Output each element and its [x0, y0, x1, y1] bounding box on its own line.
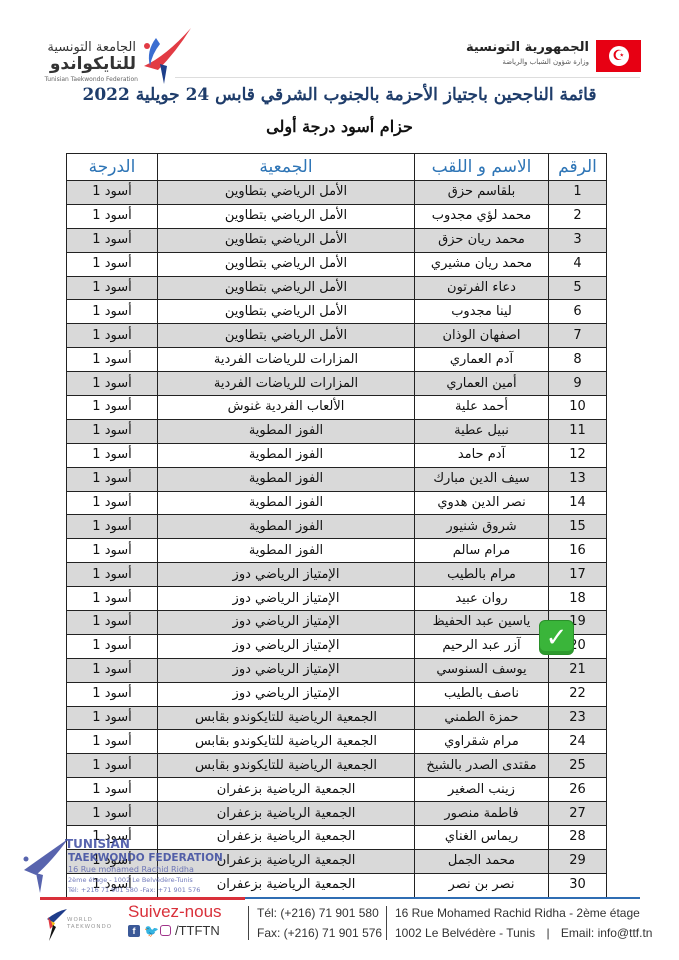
footer-address-line1: 16 Rue Mohamed Rachid Ridha - 2ème étage — [395, 903, 652, 923]
cell-name: روان عبيد — [415, 587, 549, 611]
column-header-club: الجمعية — [158, 154, 415, 181]
federation-name-arabic-line1: الجامعة التونسية — [47, 40, 136, 55]
table-row: 18روان عبيدالإمتياز الرياضي دوزأسود 1 — [67, 587, 607, 611]
cell-number: 11 — [549, 419, 607, 443]
federation-logo: الجامعة التونسية للتايكواندو Tunisian Ta… — [36, 24, 196, 84]
cell-club: الأمل الرياضي بتطاوين — [158, 324, 415, 348]
footer-fax: Fax: (+216) 71 901 576 — [257, 923, 382, 943]
footer-rule-blue — [245, 897, 640, 899]
cell-grade: أسود 1 — [67, 181, 158, 205]
table-row: 14نصر الدين هدويالفوز المطويةأسود 1 — [67, 491, 607, 515]
table-row: 22ناصف بالطيبالإمتياز الرياضي دوزأسود 1 — [67, 682, 607, 706]
cell-name: بلقاسم حزق — [415, 181, 549, 205]
cell-name: محمد الجمل — [415, 849, 549, 873]
table-row: 26زينب الصغيرالجمعية الرياضية بزعفرانأسو… — [67, 778, 607, 802]
cell-club: الجمعية الرياضية للتايكوندو بقابس — [158, 706, 415, 730]
footer-phone-block: Tél: (+216) 71 901 580 Fax: (+216) 71 90… — [257, 903, 382, 943]
cell-grade: أسود 1 — [67, 778, 158, 802]
world-taekwondo-icon — [45, 907, 67, 941]
table-row: 25مقتدى الصدر بالشيخالجمعية الرياضية للت… — [67, 754, 607, 778]
cell-number: 16 — [549, 539, 607, 563]
cell-grade: أسود 1 — [67, 228, 158, 252]
cell-number: 4 — [549, 252, 607, 276]
table-row: 3محمد ريان حزقالأمل الرياضي بتطاوينأسود … — [67, 228, 607, 252]
column-header-grade: الدرجة — [67, 154, 158, 181]
cell-number: 10 — [549, 396, 607, 420]
table-row: 27فاطمة منصورالجمعية الرياضية بزعفرانأسو… — [67, 802, 607, 826]
table-row: 23حمزة الطمنيالجمعية الرياضية للتايكوندو… — [67, 706, 607, 730]
cell-number: 3 — [549, 228, 607, 252]
column-header-number: الرقم — [549, 154, 607, 181]
table-row: 16مرام سالمالفوز المطويةأسود 1 — [67, 539, 607, 563]
cell-name: آدم العماري — [415, 348, 549, 372]
cell-number: 14 — [549, 491, 607, 515]
stamp-line3: 16 Rue mohamed Rachid Ridha — [68, 865, 194, 874]
cell-name: مرام سالم — [415, 539, 549, 563]
page-subtitle: حزام أسود درجة أولى — [0, 117, 679, 136]
footer-address-block: 16 Rue Mohamed Rachid Ridha - 2ème étage… — [395, 903, 652, 943]
cell-number: 23 — [549, 706, 607, 730]
federation-stamp: TUNISIAN TAEKWONDO FEDERATION 16 Rue moh… — [20, 835, 210, 897]
cell-club: الجمعية الرياضية للتايكوندو بقابس — [158, 730, 415, 754]
stamp-line2: TAEKWONDO FEDERATION — [68, 852, 223, 864]
table-row: 21يوسف السنوسيالإمتياز الرياضي دوزأسود 1 — [67, 658, 607, 682]
cell-club: المزارات للرياضات الفردية — [158, 372, 415, 396]
cell-name: نبيل عطية — [415, 419, 549, 443]
cell-name: لينا مجدوب — [415, 300, 549, 324]
cell-grade: أسود 1 — [67, 396, 158, 420]
stamp-line5: Tél: +216 71 901 580 -Fax: +71 901 576 — [68, 886, 200, 894]
page-title: قائمة الناجحين باجتياز الأحزمة بالجنوب ا… — [0, 85, 679, 105]
cell-name: فاطمة منصور — [415, 802, 549, 826]
cell-grade: أسود 1 — [67, 634, 158, 658]
cell-name: ياسين عبد الحفيظ — [415, 611, 549, 635]
cell-number: 6 — [549, 300, 607, 324]
cell-grade: أسود 1 — [67, 658, 158, 682]
cell-club: الجمعية الرياضية للتايكوندو بقابس — [158, 754, 415, 778]
cell-name: دعاء الفرتون — [415, 276, 549, 300]
footer-divider — [386, 906, 387, 940]
cell-name: محمد لؤي مجدوب — [415, 204, 549, 228]
instagram-icon[interactable] — [160, 925, 171, 936]
table-row: 1بلقاسم حزقالأمل الرياضي بتطاوينأسود 1 — [67, 181, 607, 205]
cell-name: آزر عبد الرحيم — [415, 634, 549, 658]
taekwondo-kick-icon — [136, 26, 196, 84]
cell-number: 27 — [549, 802, 607, 826]
table-row: 6لينا مجدوبالأمل الرياضي بتطاوينأسود 1 — [67, 300, 607, 324]
cell-club: الإمتياز الرياضي دوز — [158, 611, 415, 635]
cell-grade: أسود 1 — [67, 706, 158, 730]
cell-club: الفوز المطوية — [158, 419, 415, 443]
social-handle[interactable]: /TTFTN — [175, 923, 220, 938]
ministry-name: وزارة شؤون الشباب والرياضة — [502, 58, 589, 66]
cell-name: محمد ريان حزق — [415, 228, 549, 252]
stamp-kick-icon — [20, 835, 70, 895]
cell-grade: أسود 1 — [67, 300, 158, 324]
cell-club: الأمل الرياضي بتطاوين — [158, 228, 415, 252]
cell-name: مرام بالطيب — [415, 563, 549, 587]
cell-club: الفوز المطوية — [158, 539, 415, 563]
federation-name-english: Tunisian Taekwondo Federation — [45, 76, 138, 83]
cell-club: المزارات للرياضات الفردية — [158, 348, 415, 372]
cell-number: 18 — [549, 587, 607, 611]
cell-club: الألعاب الفردية غنوش — [158, 396, 415, 420]
cell-club: الأمل الرياضي بتطاوين — [158, 252, 415, 276]
cell-club: الأمل الرياضي بتطاوين — [158, 204, 415, 228]
table-row: 9أمين العماريالمزارات للرياضات الفرديةأس… — [67, 372, 607, 396]
cell-name: حمزة الطمني — [415, 706, 549, 730]
cell-number: 9 — [549, 372, 607, 396]
cell-name: محمد ريان مشيري — [415, 252, 549, 276]
cell-name: ناصف بالطيب — [415, 682, 549, 706]
cell-grade: أسود 1 — [67, 802, 158, 826]
header-divider — [175, 77, 640, 78]
cell-club: الجمعية الرياضية بزعفران — [158, 802, 415, 826]
cell-number: 17 — [549, 563, 607, 587]
cell-grade: أسود 1 — [67, 443, 158, 467]
results-table: الرقم الاسم و اللقب الجمعية الدرجة 1بلقا… — [66, 153, 607, 898]
cell-name: سيف الدين مبارك — [415, 467, 549, 491]
footer-address-line2-row: 1002 Le Belvédère - Tunis | Email: info@… — [395, 923, 652, 943]
world-taekwondo-text: WORLD TAEKWONDO — [67, 917, 125, 931]
stamp-line4: 2ème étage - 1002 Le Belvédère-Tunis — [68, 876, 193, 884]
cell-club: الإمتياز الرياضي دوز — [158, 634, 415, 658]
cell-club: الفوز المطوية — [158, 467, 415, 491]
footer-inline-divider: | — [546, 926, 549, 940]
cell-club: الإمتياز الرياضي دوز — [158, 658, 415, 682]
tunisia-flag-icon: ☪ — [596, 40, 641, 72]
cell-number: 21 — [549, 658, 607, 682]
facebook-icon[interactable]: f — [128, 925, 140, 937]
cell-name: شروق شنيور — [415, 515, 549, 539]
table-row: 15شروق شنيورالفوز المطويةأسود 1 — [67, 515, 607, 539]
table-row: 2محمد لؤي مجدوبالأمل الرياضي بتطاوينأسود… — [67, 204, 607, 228]
twitter-icon[interactable]: 🐦 — [144, 925, 156, 937]
cell-grade: أسود 1 — [67, 587, 158, 611]
cell-grade: أسود 1 — [67, 563, 158, 587]
table-row: 17مرام بالطيبالإمتياز الرياضي دوزأسود 1 — [67, 563, 607, 587]
cell-name: نصر الدين هدوي — [415, 491, 549, 515]
cell-number: 28 — [549, 826, 607, 850]
cell-club: الفوز المطوية — [158, 515, 415, 539]
cell-name: يوسف السنوسي — [415, 658, 549, 682]
cell-number: 13 — [549, 467, 607, 491]
cell-number: 12 — [549, 443, 607, 467]
cell-club: الجمعية الرياضية بزعفران — [158, 778, 415, 802]
social-links: f 🐦 /TTFTN — [128, 923, 220, 938]
cell-name: أحمد علية — [415, 396, 549, 420]
column-header-name: الاسم و اللقب — [415, 154, 549, 181]
cell-club: الإمتياز الرياضي دوز — [158, 563, 415, 587]
cell-grade: أسود 1 — [67, 324, 158, 348]
cell-grade: أسود 1 — [67, 372, 158, 396]
table-row: 8آدم العماريالمزارات للرياضات الفرديةأسو… — [67, 348, 607, 372]
cell-grade: أسود 1 — [67, 539, 158, 563]
cell-grade: أسود 1 — [67, 467, 158, 491]
world-taekwondo-logo: WORLD TAEKWONDO — [45, 905, 125, 945]
cell-number: 2 — [549, 204, 607, 228]
cell-name: اصفهان الوذان — [415, 324, 549, 348]
cell-number: 15 — [549, 515, 607, 539]
table-row: 5دعاء الفرتونالأمل الرياضي بتطاوينأسود 1 — [67, 276, 607, 300]
cell-grade: أسود 1 — [67, 419, 158, 443]
cell-grade: أسود 1 — [67, 276, 158, 300]
footer-address-line2: 1002 Le Belvédère - Tunis — [395, 926, 535, 940]
cell-club: الأمل الرياضي بتطاوين — [158, 276, 415, 300]
cell-number: 25 — [549, 754, 607, 778]
cell-number: 1 — [549, 181, 607, 205]
cell-grade: أسود 1 — [67, 754, 158, 778]
cell-name: مرام شقراوي — [415, 730, 549, 754]
footer-email[interactable]: Email: info@ttf.tn — [561, 926, 653, 940]
cell-club: الأمل الرياضي بتطاوين — [158, 181, 415, 205]
table-row: 10أحمد عليةالألعاب الفردية غنوشأسود 1 — [67, 396, 607, 420]
cell-club: الإمتياز الرياضي دوز — [158, 587, 415, 611]
cell-grade: أسود 1 — [67, 515, 158, 539]
follow-us-label: Suivez-nous — [128, 902, 222, 922]
cell-name: ريماس الغناي — [415, 826, 549, 850]
federation-name-arabic-line2: للتايكواندو — [50, 54, 136, 74]
cell-number: 26 — [549, 778, 607, 802]
check-mark-icon: ✓ — [539, 620, 574, 655]
cell-grade: أسود 1 — [67, 611, 158, 635]
cell-number: 7 — [549, 324, 607, 348]
cell-grade: أسود 1 — [67, 252, 158, 276]
table-row: 11نبيل عطيةالفوز المطويةأسود 1 — [67, 419, 607, 443]
cell-number: 30 — [549, 873, 607, 897]
cell-club: الفوز المطوية — [158, 443, 415, 467]
cell-name: مقتدى الصدر بالشيخ — [415, 754, 549, 778]
table-row: 20آزر عبد الرحيمالإمتياز الرياضي دوزأسود… — [67, 634, 607, 658]
cell-number: 8 — [549, 348, 607, 372]
republic-title: الجمهورية التونسية — [466, 40, 589, 55]
cell-grade: أسود 1 — [67, 682, 158, 706]
republic-logo: الجمهورية التونسية وزارة شؤون الشباب وال… — [471, 40, 641, 72]
cell-name: آدم حامد — [415, 443, 549, 467]
cell-name: زينب الصغير — [415, 778, 549, 802]
cell-grade: أسود 1 — [67, 348, 158, 372]
cell-club: الأمل الرياضي بتطاوين — [158, 300, 415, 324]
cell-grade: أسود 1 — [67, 491, 158, 515]
footer-rule-red — [40, 897, 245, 900]
footer-tel: Tél: (+216) 71 901 580 — [257, 903, 382, 923]
cell-name: نصر بن نصر — [415, 873, 549, 897]
cell-club: الإمتياز الرياضي دوز — [158, 682, 415, 706]
table-row: 12آدم حامدالفوز المطويةأسود 1 — [67, 443, 607, 467]
cell-number: 5 — [549, 276, 607, 300]
table-row: 7اصفهان الوذانالأمل الرياضي بتطاوينأسود … — [67, 324, 607, 348]
crescent-star-icon: ☪ — [609, 46, 629, 66]
table-row: 24مرام شقراويالجمعية الرياضية للتايكوندو… — [67, 730, 607, 754]
cell-number: 22 — [549, 682, 607, 706]
stamp-line1: TUNISIAN — [65, 837, 130, 851]
cell-grade: أسود 1 — [67, 204, 158, 228]
table-header-row: الرقم الاسم و اللقب الجمعية الدرجة — [67, 154, 607, 181]
table-row: 13سيف الدين مباركالفوز المطويةأسود 1 — [67, 467, 607, 491]
cell-number: 24 — [549, 730, 607, 754]
table-row: 4محمد ريان مشيريالأمل الرياضي بتطاوينأسو… — [67, 252, 607, 276]
cell-number: 29 — [549, 849, 607, 873]
table-row: 19ياسين عبد الحفيظالإمتياز الرياضي دوزأس… — [67, 611, 607, 635]
cell-club: الفوز المطوية — [158, 491, 415, 515]
footer-divider — [248, 906, 249, 940]
cell-name: أمين العماري — [415, 372, 549, 396]
cell-grade: أسود 1 — [67, 730, 158, 754]
